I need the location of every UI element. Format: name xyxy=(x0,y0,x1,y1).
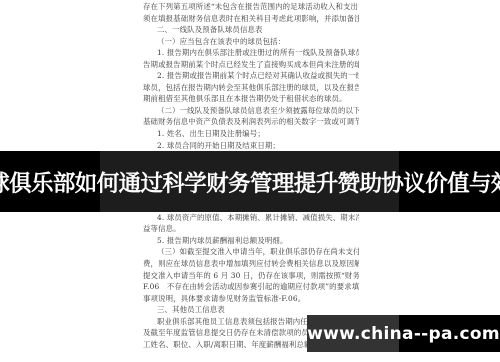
text-line: 1. 报告期内在俱乐部注册或注册过的所有一线队及预备队球员，包括在报 xyxy=(143,47,359,59)
text-line: （二）一线队及预备队球员信息表至少须披露每位球员的以下信息，并与 xyxy=(143,105,359,117)
text-line: 益等信息。 xyxy=(143,223,359,235)
text-line: 5. 报告期内球员薪酬福利总额及明细。 xyxy=(143,235,359,247)
text-line: F.06 不存在由转会活动或因参赛引起的逾期应付款项”的要求填列上报相关 xyxy=(143,281,359,293)
text-line: 事项说明，具体要求请参见财务监管标准-F.06。 xyxy=(143,293,359,305)
text-line: 提交准入申请当年的 6 月 30 日，仍存在该事项，则需按照“财务监管标准- xyxy=(143,270,359,282)
text-line: （三）如截至提交准入申请当年，职业俱乐部仍存在尚未支付的球员转会 xyxy=(143,246,359,258)
text-line: 告期或报告期前某个时点已经发生了直接购买成本但尚未注册的球员； xyxy=(143,59,359,71)
text-line: （一）应当包含在该表中的球员包括： xyxy=(143,36,359,48)
text-line: 2. 报告期或报告期前某个时点已经对其确认收益或损失的一线队及预备队 xyxy=(143,70,359,82)
text-line: 存在下列第五项所述“未包含在报告范围内的足球活动收入和支出”，俱乐部 xyxy=(143,1,359,13)
text-line: 2. 球员合同的开始日期及结束日期； xyxy=(143,140,359,152)
text-line: 期前租借至其他俱乐部且在本报告期仍处于租借状态的球员。 xyxy=(143,93,359,105)
text-line: 球员，包括在报告期内转会至其他俱乐部注册的球员，以及在报告期内或报告 xyxy=(143,82,359,94)
text-line: 1. 姓名、出生日期及注册编号； xyxy=(143,128,359,140)
text-line: 须在填报基础财务信息表时在相关科目考虑此项影响，并添加备注说明。 xyxy=(143,13,359,25)
watermark-text: www.china--pa.com xyxy=(307,315,500,352)
text-line: 费，则应在球员信息表中增加填列应付转会费相关信息以及原因解释。如截至 xyxy=(143,258,359,270)
article-title: 足球俱乐部如何通过科学财务管理提升赞助协议价值与效果 xyxy=(0,151,500,212)
text-line: 二、一线队及预备队球员信息表 xyxy=(143,24,359,36)
text-line: 4. 球员资产的原值、本期摊销、累计摊销、减值损失、期末净值、处置损 xyxy=(143,212,359,224)
text-line: 基础财务信息中资产负债表及利润表列示的相关数字一致或可调节一致： xyxy=(143,116,359,128)
